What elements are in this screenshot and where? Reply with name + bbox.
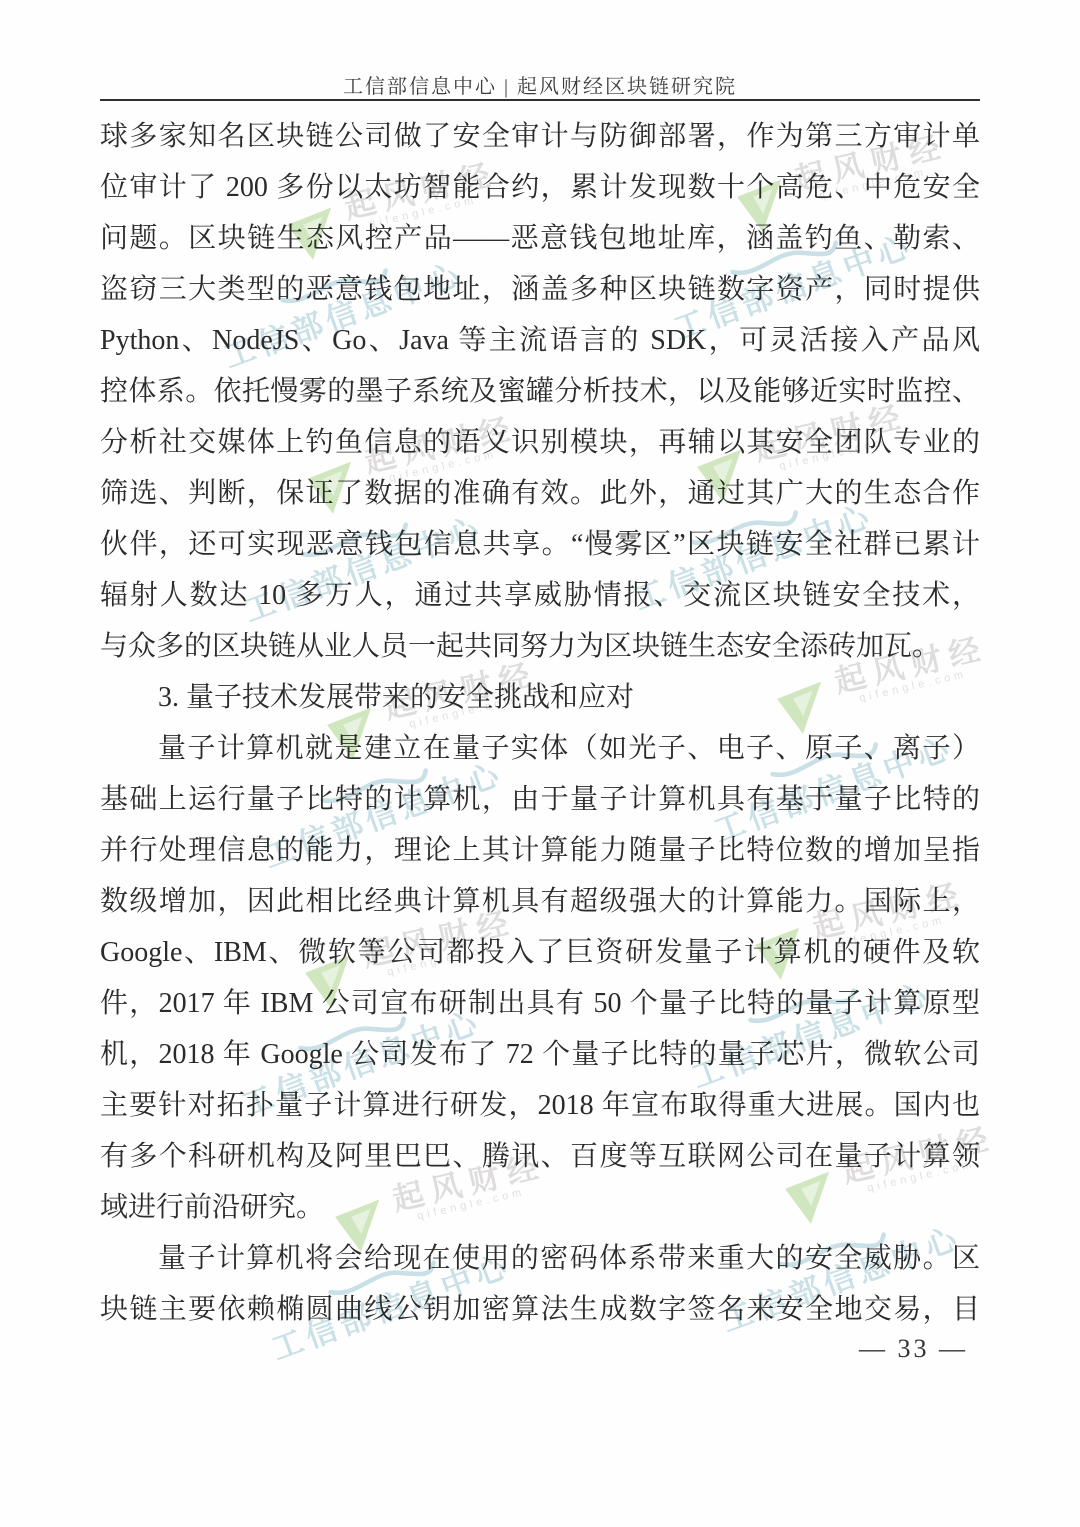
body-text-line: 量子计算机就是建立在量子实体（如光子、电子、原子、离子） (100, 723, 980, 774)
header-title: 工信部信息中心 | 起风财经区块链研究院 (0, 70, 1080, 99)
body-text-line: 位审计了 200 多份以太坊智能合约，累计发现数十个高危、中危安全 (100, 162, 980, 213)
body-text-line: 域进行前沿研究。 (100, 1182, 980, 1233)
body-text-line: 基础上运行量子比特的计算机，由于量子计算机具有基于量子比特的 (100, 774, 980, 825)
body-text-line: 分析社交媒体上钓鱼信息的语义识别模块，再辅以其安全团队专业的 (100, 417, 980, 468)
body-text-line: 球多家知名区块链公司做了安全审计与防御部署，作为第三方审计单 (100, 111, 980, 162)
body-text-line: 与众多的区块链从业人员一起共同努力为区块链生态安全添砖加瓦。 (100, 621, 980, 672)
body-text-line: 3. 量子技术发展带来的安全挑战和应对 (100, 672, 980, 723)
body-text-line: 数级增加，因此相比经典计算机具有超级强大的计算能力。国际上， (100, 876, 980, 927)
body-text-line: 并行处理信息的能力，理论上其计算能力随量子比特位数的增加呈指 (100, 825, 980, 876)
body-text-line: 块链主要依赖椭圆曲线公钥加密算法生成数字签名来安全地交易，目 (100, 1284, 980, 1335)
body-text-line: Python、NodeJS、Go、Java 等主流语言的 SDK，可灵活接入产品… (100, 315, 980, 366)
document-page: 起风财经 qifengle.com 工信部信息中心 起风财经 qifengle.… (0, 0, 1080, 1527)
body-text-line: 问题。区块链生态风控产品——恶意钱包地址库，涵盖钓鱼、勒索、 (100, 213, 980, 264)
document-body: 球多家知名区块链公司做了安全审计与防御部署，作为第三方审计单位审计了 200 多… (100, 111, 980, 1335)
body-text-line: 件，2017 年 IBM 公司宣布研制出具有 50 个量子比特的量子计算原型 (100, 978, 980, 1029)
body-text-line: 筛选、判断，保证了数据的准确有效。此外，通过其广大的生态合作 (100, 468, 980, 519)
body-text-line: 量子计算机将会给现在使用的密码体系带来重大的安全威胁。区 (100, 1233, 980, 1284)
body-text-line: 机，2018 年 Google 公司发布了 72 个量子比特的量子芯片，微软公司 (100, 1029, 980, 1080)
body-text-line: 辐射人数达 10 多万人，通过共享威胁情报、交流区块链安全技术， (100, 570, 980, 621)
body-text-line: 伙伴，还可实现恶意钱包信息共享。“慢雾区”区块链安全社群已累计 (100, 519, 980, 570)
body-text-line: 主要针对拓扑量子计算进行研发，2018 年宣布取得重大进展。国内也 (100, 1080, 980, 1131)
body-text-line: 控体系。依托慢雾的墨子系统及蜜罐分析技术，以及能够近实时监控、 (100, 366, 980, 417)
page-number: — 33 — (859, 1334, 968, 1363)
header-rule (100, 99, 980, 101)
page-footer: — 33 — (859, 1334, 968, 1364)
body-text-line: 盗窃三大类型的恶意钱包地址，涵盖多种区块链数字资产，同时提供 (100, 264, 980, 315)
body-text-line: Google、IBM、微软等公司都投入了巨资研发量子计算机的硬件及软 (100, 927, 980, 978)
body-text-line: 有多个科研机构及阿里巴巴、腾讯、百度等互联网公司在量子计算领 (100, 1131, 980, 1182)
